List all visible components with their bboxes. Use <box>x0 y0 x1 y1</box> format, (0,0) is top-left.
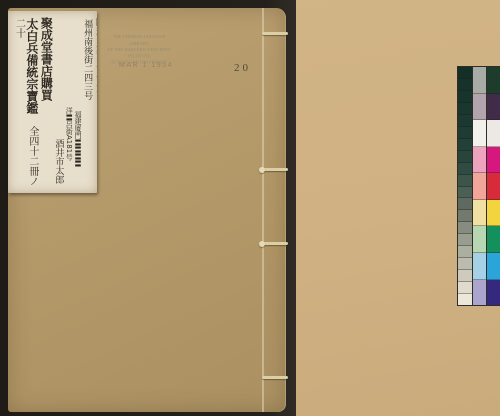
tint-patch-8 <box>473 253 486 280</box>
solid-patch-9 <box>487 280 500 306</box>
binding-knot-1 <box>259 167 265 173</box>
bookseller-label: 昭和九年九月三十日 福州南後街二四三号 福建厦門〓〓〓〓 洋〓呂街A181号 酒… <box>8 11 97 193</box>
accession-date-stamp: MAR 1 1954 <box>119 62 173 69</box>
gradient-step-15 <box>458 234 472 246</box>
tint-patch-4 <box>473 147 486 174</box>
solid-patch-6 <box>487 200 500 227</box>
gradient-step-7 <box>458 139 472 151</box>
solid-patch-5 <box>487 173 500 200</box>
tint-patch-3 <box>473 120 486 147</box>
gradient-step-10 <box>458 175 472 187</box>
label-purchase-date: 昭和九年九月三十日 <box>93 17 97 189</box>
gradient-step-8 <box>458 151 472 163</box>
binding-stitch-3 <box>262 242 288 245</box>
binding-thread-vertical <box>262 8 264 412</box>
binding-knot-2 <box>259 241 265 247</box>
gradient-step-4 <box>458 103 472 115</box>
solid-patch-2 <box>487 94 500 121</box>
solid-patch-8 <box>487 253 500 280</box>
solid-patch-7 <box>487 226 500 253</box>
book-cover: 昭和九年九月三十日 福州南後街二四三号 福建厦門〓〓〓〓 洋〓呂街A181号 酒… <box>8 8 286 412</box>
tint-patch-5 <box>473 173 486 200</box>
tint-patch-9 <box>473 280 486 306</box>
label-small-note-1: 福建厦門〓〓〓〓 <box>73 111 81 189</box>
gradient-step-11 <box>458 187 472 199</box>
gradient-step-1 <box>458 67 472 79</box>
gradient-step-17 <box>458 258 472 270</box>
label-small-note-2: 洋〓呂街A181号 <box>64 107 72 189</box>
library-ownership-stamp: THE CHINESE-JAPANESE LIBRARY OF THE HARV… <box>104 34 175 66</box>
gradient-step-9 <box>458 163 472 175</box>
color-calibration-target <box>457 66 500 306</box>
book-title-text: 太白兵備統宗寶鑑 <box>25 18 39 114</box>
label-calligraphy-columns: 昭和九年九月三十日 福州南後街二四三号 福建厦門〓〓〓〓 洋〓呂街A181号 酒… <box>8 11 97 193</box>
solid-patch-4 <box>487 147 500 174</box>
label-address: 福州南後街二四三号 <box>82 19 92 189</box>
gradient-step-19 <box>458 282 472 294</box>
solid-patch-3 <box>487 120 500 147</box>
tint-patch-2 <box>473 94 486 121</box>
solid-patch-1 <box>487 67 500 94</box>
binding-stitch-1 <box>262 32 288 35</box>
gradient-step-18 <box>458 270 472 282</box>
binding-stitch-4 <box>262 376 288 379</box>
volume-number-stamp: 20 <box>234 62 251 74</box>
tint-patch-column <box>473 67 486 305</box>
gradient-step-5 <box>458 115 472 127</box>
stamp-line-2: OF THE HARVARD-YENCHING INSTITUTE <box>104 47 175 60</box>
gradient-step-16 <box>458 246 472 258</box>
gradient-step-3 <box>458 91 472 103</box>
gradient-step-6 <box>458 127 472 139</box>
solid-patch-column <box>487 67 500 305</box>
tint-patch-1 <box>473 67 486 94</box>
stamp-line-1: THE CHINESE-JAPANESE LIBRARY <box>104 34 175 47</box>
grayscale-gradient-strip <box>458 67 472 305</box>
gradient-step-20 <box>458 294 472 305</box>
photo-of-bound-book: 昭和九年九月三十日 福州南後街二四三号 福建厦門〓〓〓〓 洋〓呂街A181号 酒… <box>0 0 500 416</box>
binding-stitch-2 <box>262 168 288 171</box>
label-book-title: 太白兵備統宗寶鑑 全四十二冊ノ二十 <box>11 18 38 189</box>
tint-patch-6 <box>473 200 486 227</box>
gradient-step-12 <box>458 198 472 210</box>
label-bookstore-note: 聚成堂書店購買 <box>39 17 52 189</box>
gradient-step-13 <box>458 210 472 222</box>
tint-patch-7 <box>473 226 486 253</box>
label-owner-name: 酒井市太郎 <box>53 139 63 189</box>
gradient-step-14 <box>458 222 472 234</box>
gradient-step-2 <box>458 79 472 91</box>
